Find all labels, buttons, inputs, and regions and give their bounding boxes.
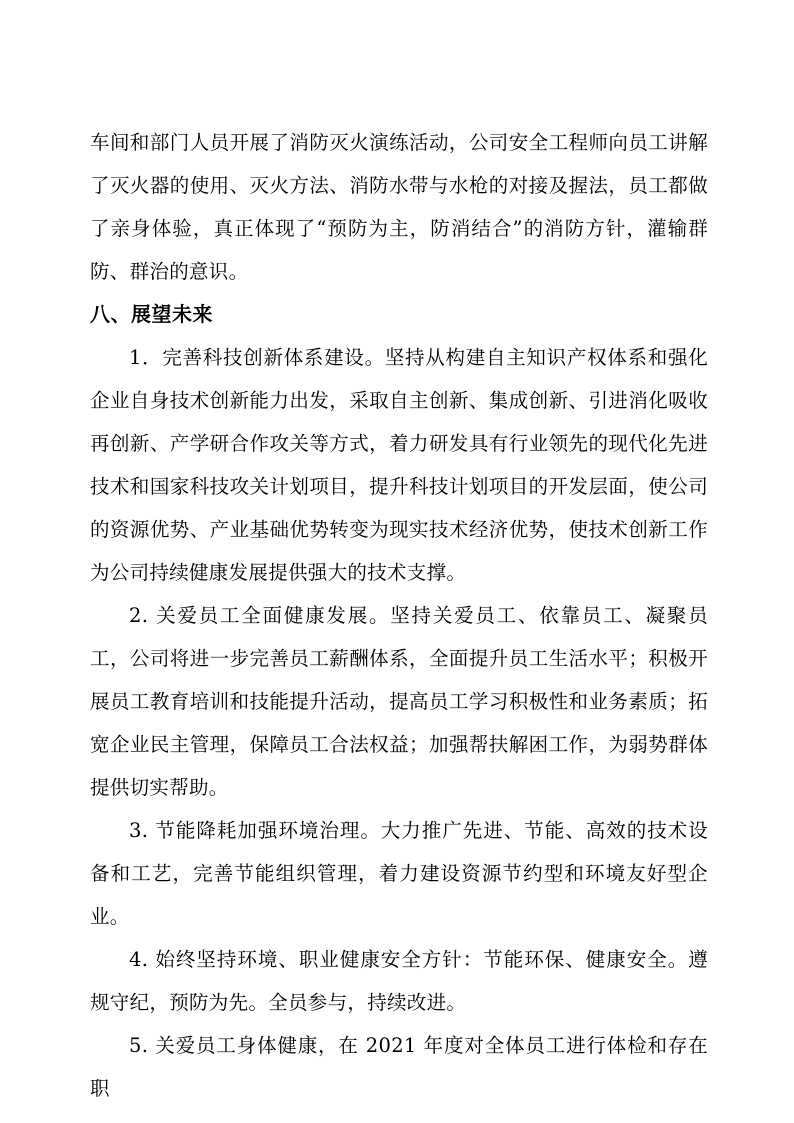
document-page: 车间和部门人员开展了消防灭火演练活动，公司安全工程师向员工讲解了灭火器的使用、灭… <box>0 0 794 1123</box>
document-content: 车间和部门人员开展了消防灭火演练活动，公司安全工程师向员工讲解了灭火器的使用、灭… <box>90 121 708 1110</box>
paragraph-fire-drill-continued: 车间和部门人员开展了消防灭火演练活动，公司安全工程师向员工讲解了灭火器的使用、灭… <box>90 121 708 293</box>
paragraph-item-4-ehs-policy: 4. 始终坚持环境、职业健康安全方针：节能环保、健康安全。遵规守纪，预防为先。全… <box>90 938 708 1024</box>
section-heading-outlook: 八、展望未来 <box>90 293 708 336</box>
paragraph-item-1-tech-innovation: 1．完善科技创新体系建设。坚持从构建自主知识产权体系和强化企业自身技术创新能力出… <box>90 336 708 594</box>
paragraph-item-5-health-checkup: 5. 关爱员工身体健康，在 2021 年度对全体员工进行体检和存在职 <box>90 1024 708 1110</box>
paragraph-item-2-employee-wellbeing: 2. 关爱员工全面健康发展。坚持关爱员工、依靠员工、凝聚员工，公司将进一步完善员… <box>90 594 708 809</box>
paragraph-item-3-energy-saving: 3. 节能降耗加强环境治理。大力推广先进、节能、高效的技术设备和工艺，完善节能组… <box>90 809 708 938</box>
